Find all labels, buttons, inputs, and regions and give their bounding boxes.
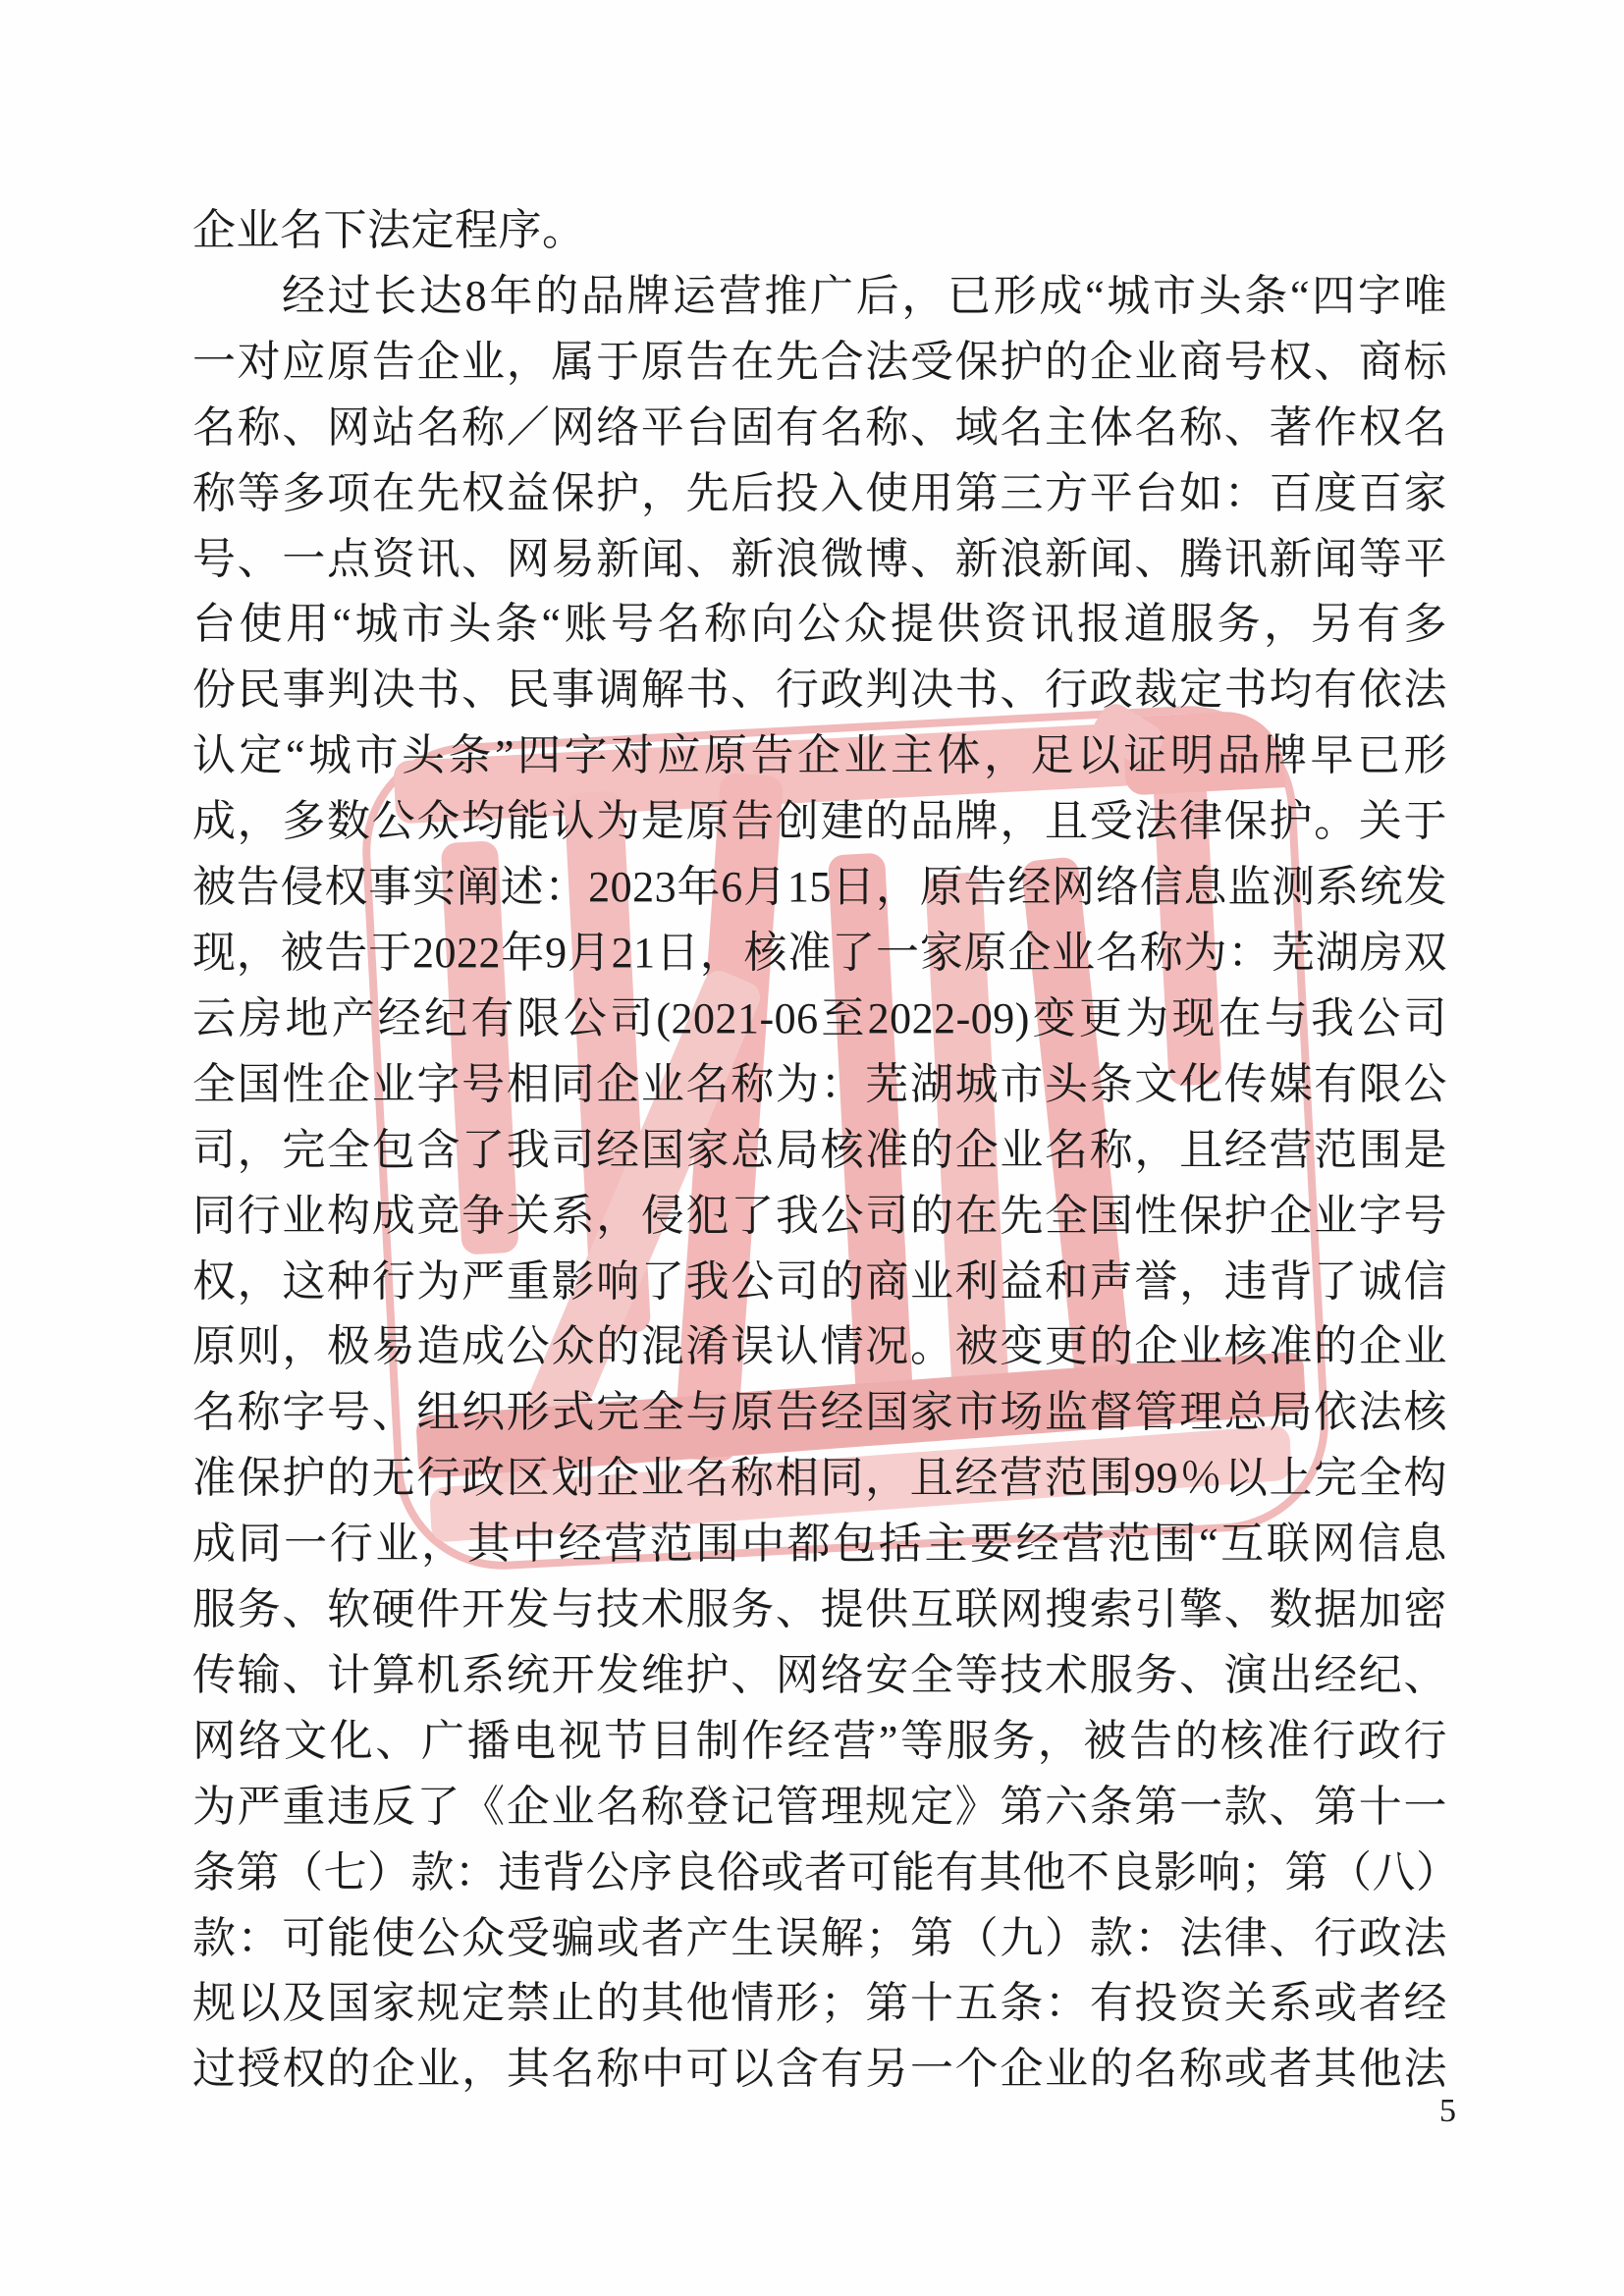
text-line: 传输、计算机系统开发维护、网络安全等技术服务、演出经纪、 — [192, 1643, 1447, 1709]
text-line: 过授权的企业，其名称中可以含有另一个企业的名称或者其他法 — [192, 2037, 1447, 2103]
text-line: 现，被告于2022年9月21日，核准了一家原企业名称为：芜湖房双 — [192, 921, 1447, 987]
text-line: 云房地产经纪有限公司(2021-06至2022-09)变更为现在与我公司 — [192, 987, 1447, 1052]
document-page: 企业名下法定程序。 经过长达8年的品牌运营推广后，已形成“城市头条“四字唯 一对… — [0, 0, 1624, 2296]
text-line: 原则，极易造成公众的混淆误认情况。被变更的企业核准的企业 — [192, 1314, 1447, 1380]
text-line: 权，这种行为严重影响了我公司的商业利益和声誉，违背了诚信 — [192, 1250, 1447, 1315]
text-line: 名称字号、组织形式完全与原告经国家市场监督管理总局依法核 — [192, 1380, 1447, 1446]
text-line: 认定“城市头条”四字对应原告企业主体，足以证明品牌早已形 — [192, 723, 1447, 789]
text-line: 号、一点资讯、网易新闻、新浪微博、新浪新闻、腾讯新闻等平 — [192, 527, 1447, 593]
text-line: 份民事判决书、民事调解书、行政判决书、行政裁定书均有依法 — [192, 658, 1447, 723]
text-line: 成同一行业，其中经营范围中都包括主要经营范围“互联网信息 — [192, 1512, 1447, 1577]
text-line: 名称、网站名称／网络平台固有名称、域名主体名称、著作权名 — [192, 396, 1447, 461]
page-number: 5 — [1439, 2087, 1456, 2136]
text-line: 司，完全包含了我司经国家总局核准的企业名称，且经营范围是 — [192, 1118, 1447, 1184]
text-line: 款：可能使公众受骗或者产生误解；第（九）款：法律、行政法 — [192, 1906, 1447, 1972]
text-line: 规以及国家规定禁止的其他情形；第十五条：有投资关系或者经 — [192, 1971, 1447, 2037]
text-line: 全国性企业字号相同企业名称为：芜湖城市头条文化传媒有限公 — [192, 1052, 1447, 1118]
text-line: 台使用“城市头条“账号名称向公众提供资讯报道服务，另有多 — [192, 592, 1447, 658]
text-line: 准保护的无行政区划企业名称相同，且经营范围99％以上完全构 — [192, 1446, 1447, 1512]
text-line: 称等多项在先权益保护，先后投入使用第三方平台如：百度百家 — [192, 461, 1447, 527]
text-line: 经过长达8年的品牌运营推广后，已形成“城市头条“四字唯 — [192, 264, 1447, 330]
text-line: 为严重违反了《企业名称登记管理规定》第六条第一款、第十一 — [192, 1775, 1447, 1841]
document-body: 企业名下法定程序。 经过长达8年的品牌运营推广后，已形成“城市头条“四字唯 一对… — [192, 198, 1447, 2103]
text-line: 一对应原告企业，属于原告在先合法受保护的企业商号权、商标 — [192, 330, 1447, 396]
text-line: 成，多数公众均能认为是原告创建的品牌，且受法律保护。关于 — [192, 789, 1447, 855]
text-line: 服务、软硬件开发与技术服务、提供互联网搜索引擎、数据加密 — [192, 1577, 1447, 1643]
text-line: 同行业构成竞争关系，侵犯了我公司的在先全国性保护企业字号 — [192, 1184, 1447, 1250]
text-line: 网络文化、广播电视节目制作经营”等服务，被告的核准行政行 — [192, 1709, 1447, 1775]
text-line: 企业名下法定程序。 — [192, 198, 1447, 264]
text-line: 条第（七）款：违背公序良俗或者可能有其他不良影响；第（八） — [192, 1841, 1447, 1906]
text-line: 被告侵权事实阐述：2023年6月15日，原告经网络信息监测系统发 — [192, 855, 1447, 921]
